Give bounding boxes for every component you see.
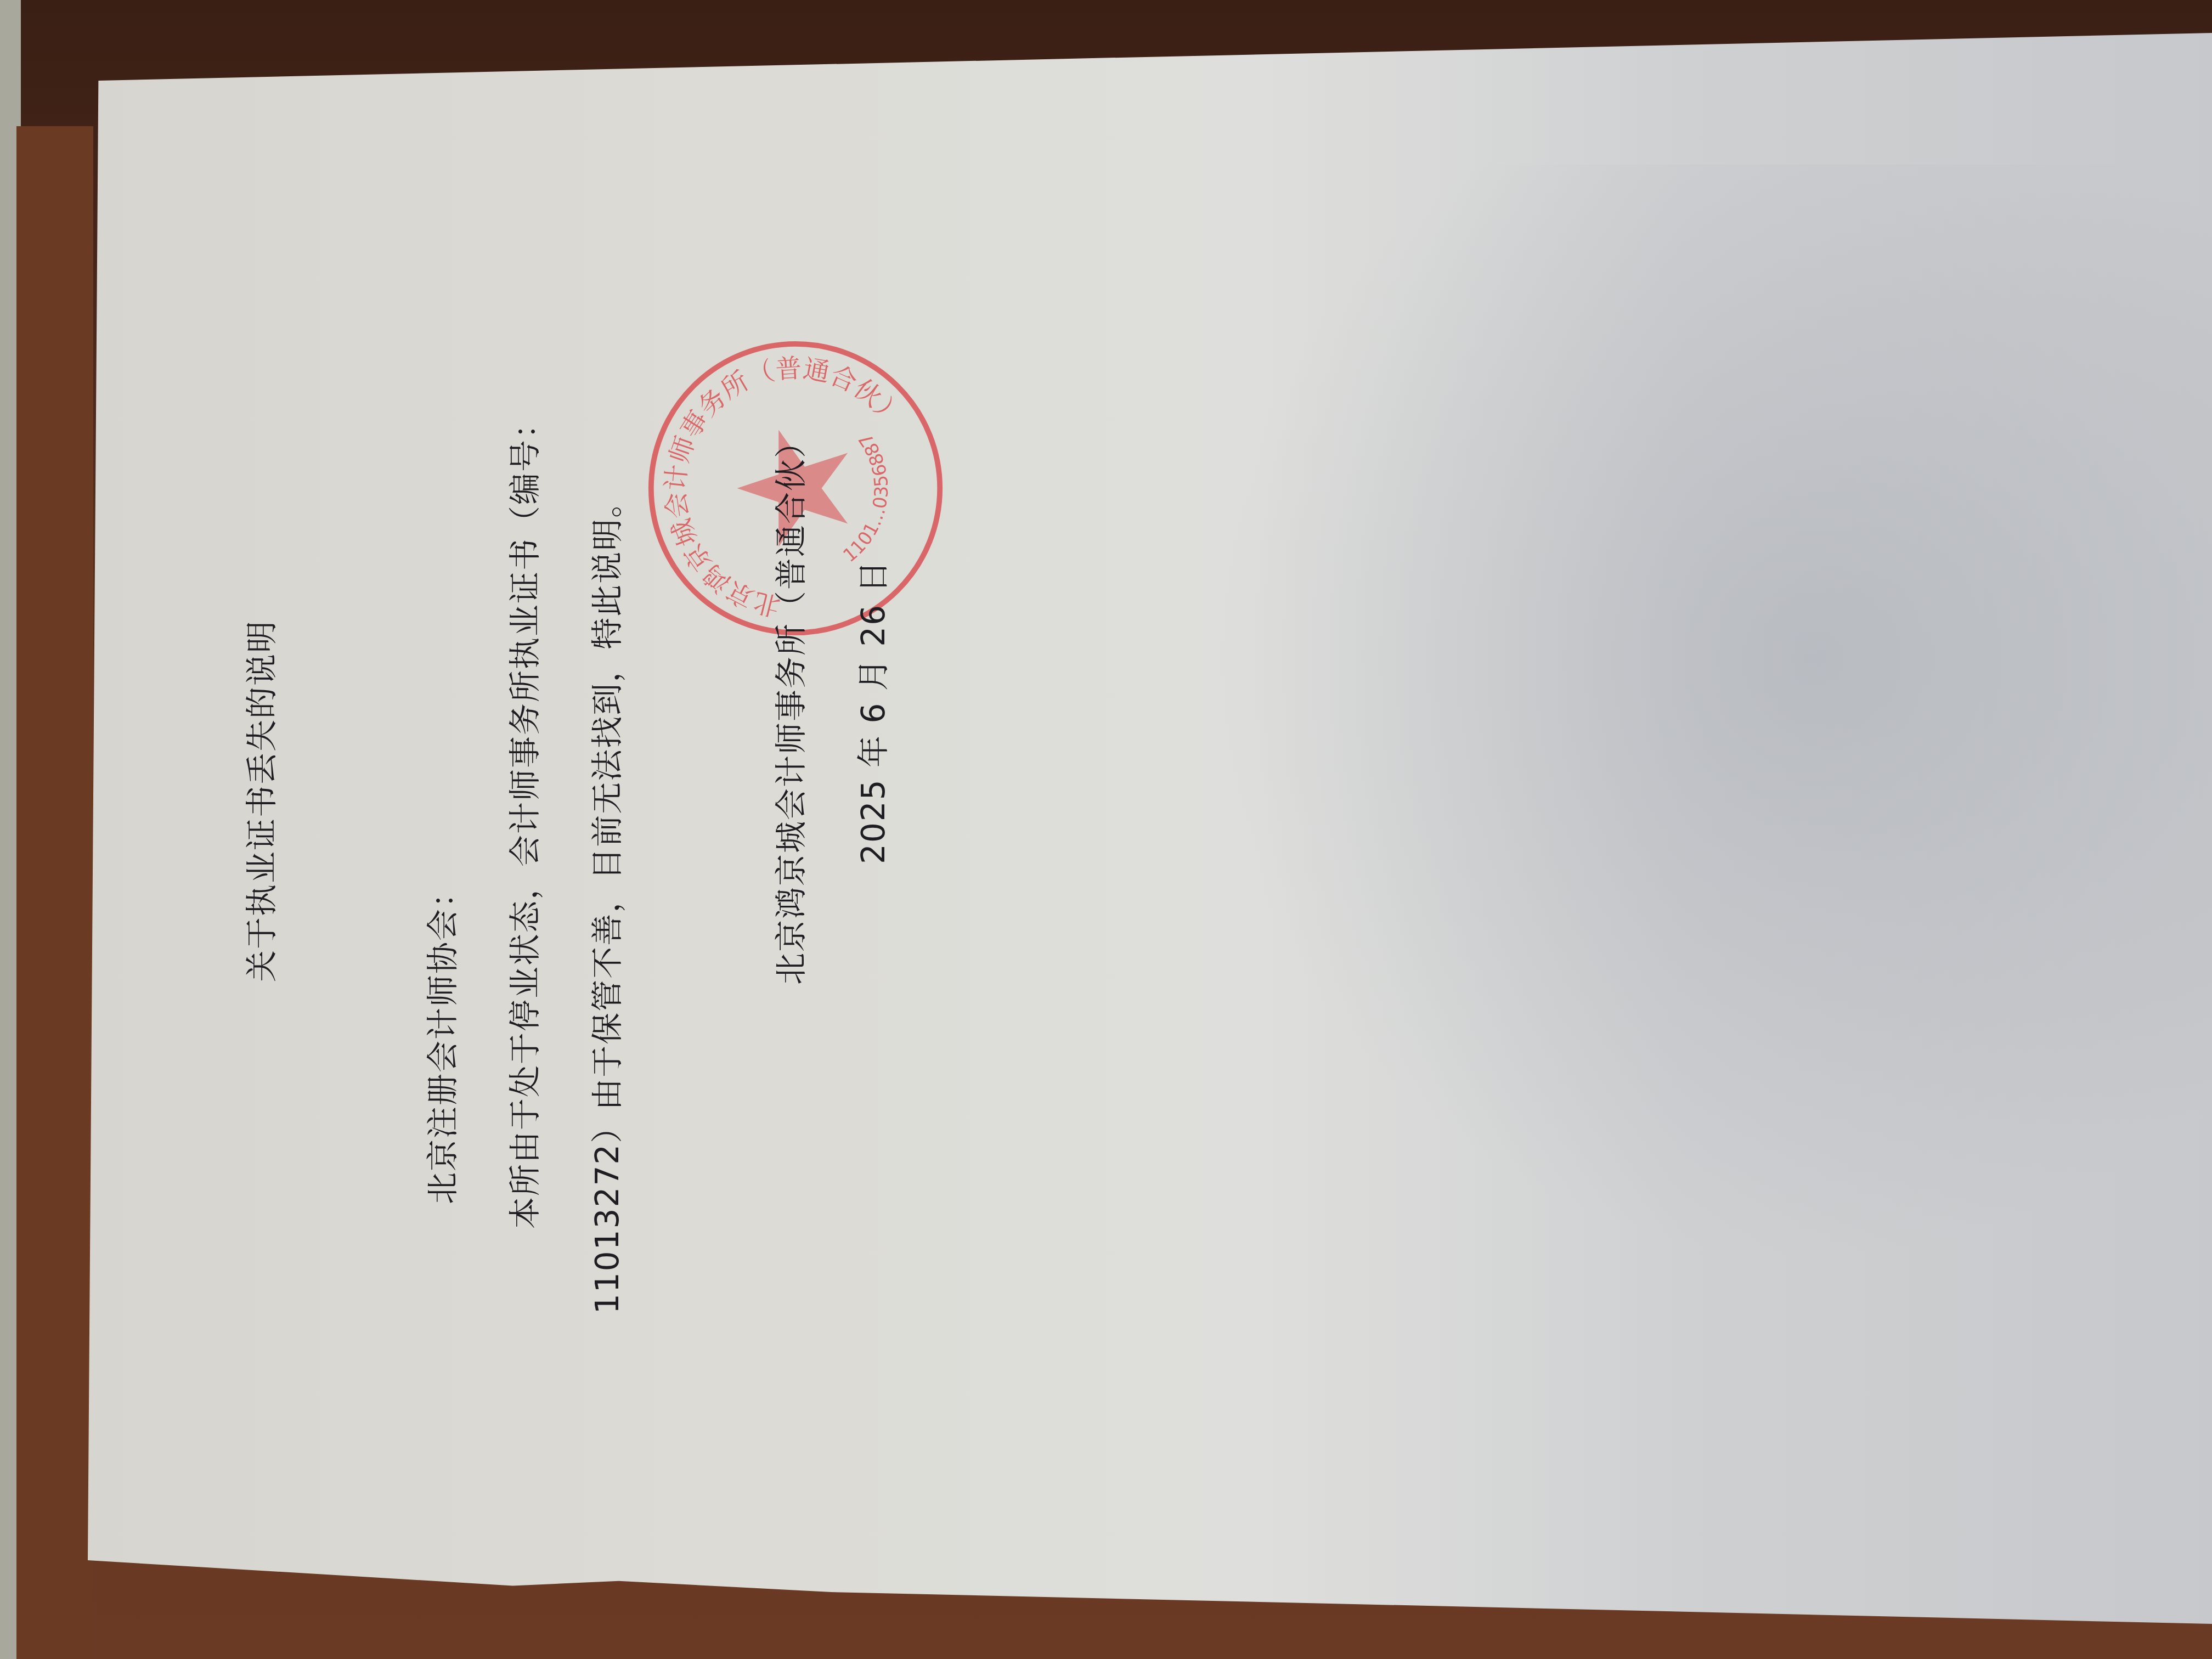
body-line-1: 本所由于处于停业状态，会计师事务所执业证书（编号：: [499, 406, 545, 1229]
seal-number: 1101…0356887: [839, 429, 892, 566]
signatory-firm: 北京鸿京城会计师事务所（普通合伙）: [765, 425, 811, 985]
document-title: 关于执业证书丢失的说明: [236, 620, 282, 982]
salutation: 北京注册会计师协会：: [417, 875, 463, 1204]
background-board: [16, 126, 93, 1659]
page-shadow: [1207, 165, 2212, 1262]
document-date: 2025 年 6 月 26 日: [848, 560, 894, 865]
body-line-2: 11013272）由于保管不善，目前无法找到，特此说明。: [582, 485, 628, 1314]
